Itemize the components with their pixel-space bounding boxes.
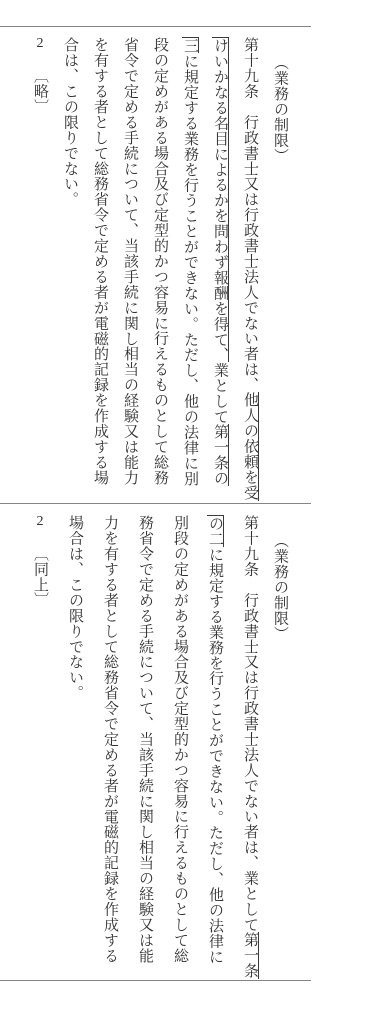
- table-rule-middle: [0, 503, 311, 504]
- body-text: 務省令で定める手続について、当該手続に関し相当の経験又は能: [137, 515, 153, 963]
- text-line-column: 第十九条 行政書士又は行政書士法人でない者は、他人の依頼を受: [242, 37, 258, 503]
- body-text: 第十九条 行政書士又は行政書士法人でない者は、業として: [242, 515, 258, 932]
- text-line-column: 三に規定する業務を行うことができない。ただし、他の法律に別: [182, 37, 198, 503]
- paragraph-note: 〔同上〕: [32, 546, 48, 607]
- amended-text-with-sideline: 第一条の: [212, 424, 229, 486]
- body-text: 場合は、この限りでない。: [67, 515, 83, 700]
- document-page: （業務の制限） 2 〔略〕 （業務の制限） 2 〔同上〕 第十九条 行政書士又は…: [0, 0, 367, 1024]
- text-line-column: 務省令で定める手続について、当該手続に関し相当の経験又は能: [137, 515, 153, 981]
- amended-text-with-sideline: 第一条: [242, 932, 259, 978]
- body-text: 業として: [212, 362, 228, 424]
- body-text: 省令で定める手続について、当該手続に関し相当の経験又は能力: [122, 37, 138, 485]
- text-line-column: 省令で定める手続について、当該手続に関し相当の経験又は能力: [122, 37, 138, 503]
- paragraph-number: 2: [32, 37, 48, 51]
- amended-text-with-sideline: 他人の依頼を受: [242, 392, 259, 500]
- body-text: に規定する業務を行うことができない。ただし、他の法律に: [207, 547, 223, 964]
- section-heading: （業務の制限）: [272, 55, 288, 163]
- paragraph-note: 〔略〕: [32, 68, 48, 114]
- text-line-column: 第十九条 行政書士又は行政書士法人でない者は、業として第一条: [242, 515, 258, 981]
- body-text: 合は、この限りでない。: [62, 37, 78, 207]
- amended-text-with-sideline: の二: [207, 515, 224, 547]
- amended-text-with-sideline: けいかなる名目によるかを問わず報酬を得て、: [212, 37, 229, 362]
- body-text: 力を有する者として総務省令で定める者が電磁的記録を作成する: [102, 515, 118, 963]
- amended-text-with-sideline: 三: [182, 37, 199, 53]
- table-rule-top: [0, 26, 311, 27]
- body-text: を有する者として総務省令で定める者が電磁的記録を作成する場: [92, 37, 108, 485]
- paragraph-number: 2: [32, 515, 48, 529]
- body-text: に規定する業務を行うことができない。ただし、他の法律に別: [182, 53, 198, 486]
- text-line-column: の二に規定する業務を行うことができない。ただし、他の法律に: [207, 515, 223, 981]
- body-text: 別段の定めがある場合及び定型的かつ容易に行えるものとして総: [172, 515, 188, 963]
- body-text: 段の定めがある場合及び定型的かつ容易に行えるものとして総務: [152, 37, 168, 485]
- table-rule-bottom: [0, 980, 311, 981]
- text-line-column: 力を有する者として総務省令で定める者が電磁的記録を作成する: [102, 515, 118, 981]
- text-line-column: けいかなる名目によるかを問わず報酬を得て、業として第一条の: [212, 37, 228, 503]
- text-line-column: 合は、この限りでない。: [62, 37, 78, 503]
- body-text: 第十九条 行政書士又は行政書士法人でない者は、: [242, 37, 258, 392]
- text-line-column: 別段の定めがある場合及び定型的かつ容易に行えるものとして総: [172, 515, 188, 981]
- section-heading: （業務の制限）: [272, 533, 288, 641]
- text-line-column: 段の定めがある場合及び定型的かつ容易に行えるものとして総務: [152, 37, 168, 503]
- text-line-column: 場合は、この限りでない。: [67, 515, 83, 981]
- text-line-column: を有する者として総務省令で定める者が電磁的記録を作成する場: [92, 37, 108, 503]
